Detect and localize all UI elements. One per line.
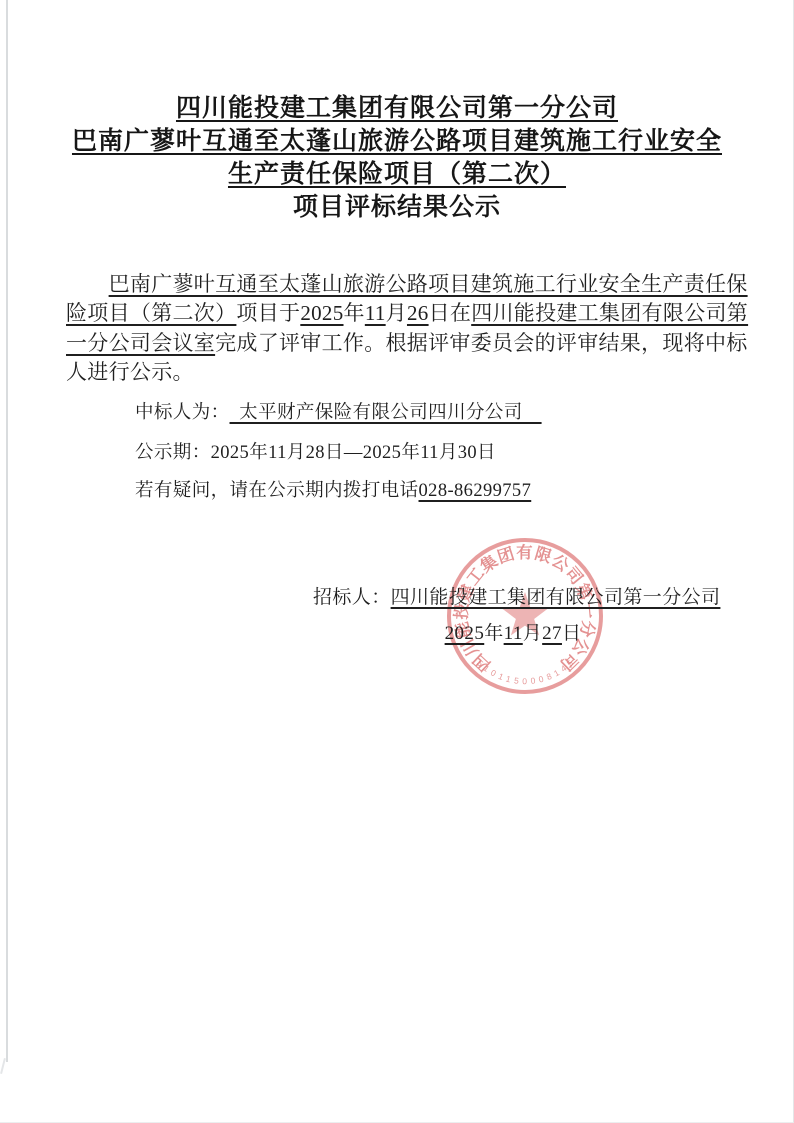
text-segment: 招标人：: [313, 587, 391, 608]
text-segment: [66, 272, 109, 296]
document-page: 四川能投建工集团有限公司第一分公司 5101150008145 四川能投建工集团…: [0, 0, 794, 1123]
signature-date-line: 2025年11月27日: [313, 622, 713, 646]
contact-phone-line: 若有疑问，请在公示期内拨打电话028-86299757: [135, 479, 531, 503]
text-segment: 日: [562, 623, 581, 644]
text-segment: 028-86299757: [419, 481, 532, 501]
text-segment: 中标人为：: [135, 403, 230, 423]
text-segment: 11: [365, 301, 386, 325]
paragraph-line-1: 巴南广蓼叶互通至太蓬山旅游公路项目建筑施工行业安全生产责任保: [66, 270, 748, 299]
text-segment: 27: [542, 623, 562, 644]
body-paragraph: 巴南广蓼叶互通至太蓬山旅游公路项目建筑施工行业安全生产责任保 险项目（第二次）项…: [66, 270, 748, 387]
scan-artifact-hook: [0, 1058, 6, 1074]
text-segment: 日在: [429, 301, 472, 325]
tenderer-signature-line: 招标人：四川能投建工集团有限公司第一分公司: [313, 586, 720, 610]
publicity-period-line: 公示期：2025年11月28日—2025年11月30日: [135, 441, 496, 465]
text-segment: 险项目（第二次）: [66, 301, 236, 325]
text-segment: 11: [504, 623, 523, 644]
scan-artifact-line: [6, 0, 8, 1062]
text-segment: 四川能投建工集团有限公司第一分公司: [391, 587, 721, 608]
company-seal: 四川能投建工集团有限公司第一分公司 5101150008145: [440, 531, 610, 701]
text-segment: 项目于: [236, 301, 300, 325]
doc-title: 四川能投建工集团有限公司第一分公司 巴南广蓼叶互通至太蓬山旅游公路项目建筑施工行…: [40, 92, 754, 224]
winner-line: 中标人为： 太平财产保险有限公司四川分公司: [135, 401, 542, 425]
text-segment: 若有疑问，请在公示期内拨打电话: [135, 481, 419, 501]
paragraph-line-3: 一分公司会议室完成了评审工作。根据评审委员会的评审结果，现将中标: [66, 329, 748, 358]
text-segment: 2025: [300, 301, 343, 325]
title-line-2: 巴南广蓼叶互通至太蓬山旅游公路项目建筑施工行业安全: [40, 125, 754, 158]
text-segment: 月: [386, 301, 407, 325]
text-segment: 完成了评审工作。根据评审委员会的评审结果，现将中标: [215, 331, 748, 355]
text-segment: 一分公司会议室: [66, 331, 215, 355]
title-line-4: 项目评标结果公示: [40, 191, 754, 224]
text-segment: 太平财产保险有限公司四川分公司: [230, 403, 542, 423]
title-line-1: 四川能投建工集团有限公司第一分公司: [40, 92, 754, 125]
text-segment: 年: [344, 301, 365, 325]
paragraph-line-4: 人进行公示。: [66, 358, 748, 387]
text-segment: 2025: [445, 623, 485, 644]
text-segment: 26: [407, 301, 429, 325]
text-segment: 四川能投建工集团有限公司第: [471, 301, 748, 325]
text-segment: 月: [523, 623, 542, 644]
title-line-3: 生产责任保险项目（第二次）: [40, 158, 754, 191]
text-segment: 人进行公示。: [66, 360, 194, 384]
text-segment: 巴南广蓼叶互通至太蓬山旅游公路项目建筑施工行业安全生产责任保: [109, 272, 748, 296]
text-segment: 年: [484, 623, 503, 644]
paragraph-line-2: 险项目（第二次）项目于2025年11月26日在四川能投建工集团有限公司第: [66, 299, 748, 328]
